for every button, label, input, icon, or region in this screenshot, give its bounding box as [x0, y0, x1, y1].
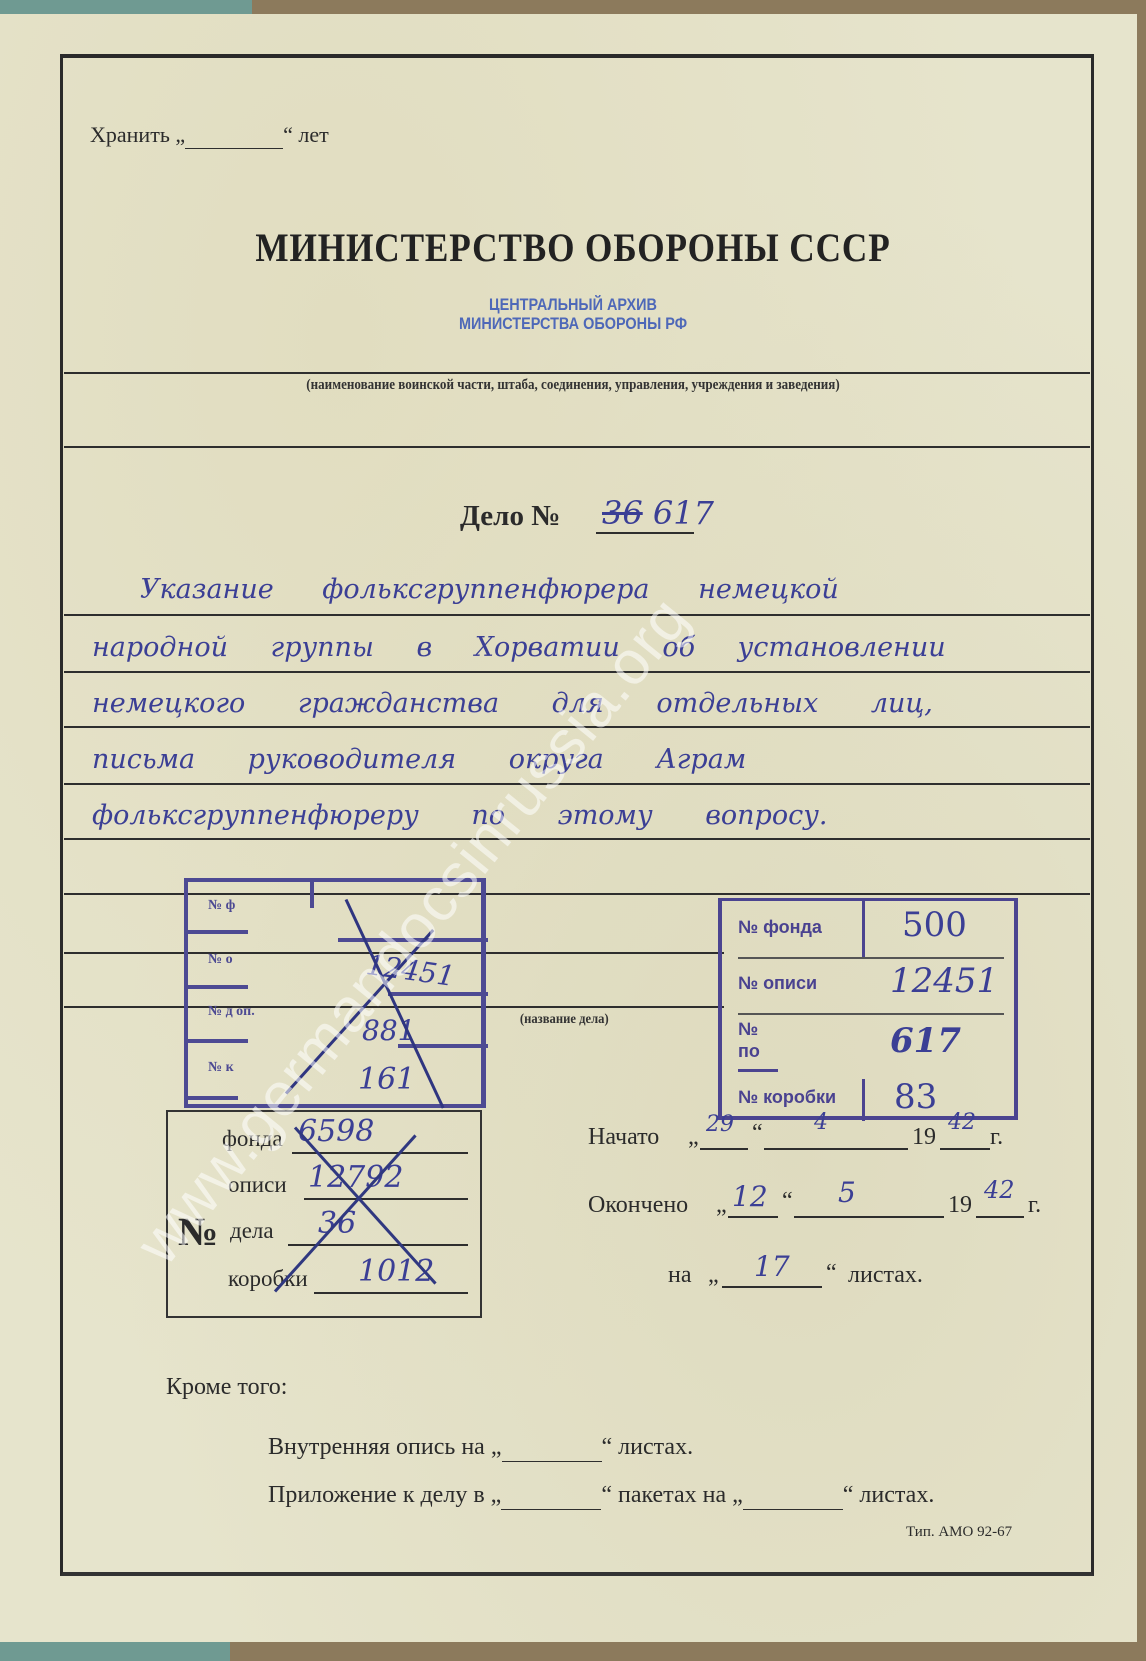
- sheets-suffix: листах.: [848, 1262, 923, 1289]
- ended-day-value: 12: [732, 1180, 768, 1213]
- started-row: Начато: [588, 1124, 659, 1151]
- old-stamp-label: № к: [208, 1060, 234, 1076]
- ended-month-field[interactable]: [794, 1216, 944, 1218]
- quote: “: [782, 1188, 793, 1215]
- year-prefix: 19: [948, 1192, 972, 1219]
- desc-rule-3: [64, 726, 1090, 728]
- unit-caption: (наименование воинской части, штаба, сое…: [57, 377, 1088, 394]
- stamp-divider: [738, 1013, 1004, 1015]
- quote: “: [826, 1260, 837, 1287]
- description-line-3: немецкого гражданства для отдельных лиц,: [92, 688, 933, 719]
- binding-cloth-top: [0, 0, 252, 14]
- keep-label: Хранить: [90, 122, 170, 147]
- stamp-divider: [862, 1079, 865, 1121]
- inner-inventory-label: Внутренняя опись на: [268, 1434, 485, 1460]
- quote: “: [752, 1120, 763, 1147]
- description-line-4: письма руководителя округа Аграм: [92, 744, 746, 775]
- unit-name-line-2: [64, 446, 1090, 448]
- ended-year-field[interactable]: [976, 1216, 1024, 1218]
- binding-cloth-bottom: [0, 1642, 230, 1661]
- inner-inventory-sheets-field[interactable]: [502, 1434, 602, 1462]
- started-year-field[interactable]: [940, 1148, 990, 1150]
- case-number-label: Дело №: [460, 500, 560, 533]
- old-stamp-value: 161: [358, 1062, 415, 1097]
- stamp-value-opis: 12451: [890, 961, 998, 1001]
- keep-years-field: Хранить „ “ лет: [90, 122, 329, 149]
- stamp-divider: [188, 1096, 238, 1100]
- appendix-middle: пакетах на: [618, 1482, 726, 1508]
- inv-label-delo: дела: [230, 1218, 274, 1244]
- number-sign: №: [178, 1208, 218, 1255]
- started-month-value: 4: [814, 1110, 828, 1135]
- description-line-1: Указание фольксгруппенфюрера немецкой: [140, 574, 839, 605]
- stamp-divider: [738, 957, 1004, 959]
- print-code: Тип. АМО 92-67: [906, 1524, 1012, 1541]
- ministry-title: МИНИСТЕРСТВО ОБОРОНЫ СССР: [69, 224, 1077, 271]
- case-number: 617: [653, 494, 714, 532]
- started-year-value: 42: [948, 1110, 976, 1135]
- description-line-2: народной группы в Хорватии об установлен…: [92, 632, 946, 663]
- case-number-value[interactable]: 36 617: [602, 494, 714, 532]
- case-number-struck: 36: [602, 494, 643, 532]
- stamp-value-fond: 500: [902, 905, 967, 945]
- old-stamp-label: № о: [208, 952, 233, 968]
- inv-underline: [304, 1198, 468, 1200]
- inv-label-fond: фонда: [222, 1126, 283, 1152]
- desc-rule-2: [64, 671, 1090, 673]
- previous-inventory-box: фонда 6598 описи 12792 № дела 36 коробки…: [166, 1110, 482, 1318]
- stamp-label-opis: № описи: [738, 973, 817, 994]
- started-label: Начато: [588, 1124, 659, 1150]
- old-stamp-label: № ф: [208, 898, 235, 914]
- ended-month-value: 5: [838, 1176, 856, 1209]
- desc-rule-5: [64, 838, 1090, 840]
- appendix-row: Приложение к делу в „ “ пакетах на „ “ л…: [268, 1482, 934, 1510]
- year-suffix: г.: [990, 1124, 1003, 1151]
- stamp-label-delo: №: [738, 1019, 758, 1040]
- description-line-5: фольксгруппенфюреру по этому вопросу.: [92, 800, 827, 831]
- year-suffix: г.: [1028, 1192, 1041, 1219]
- stamp-value-korobka: 83: [894, 1077, 937, 1117]
- case-title-caption: (название дела): [520, 1012, 609, 1028]
- stamp-divider: [862, 901, 865, 957]
- quote: „: [716, 1192, 727, 1219]
- stamp-label-po-opisi: по: [738, 1041, 760, 1062]
- stamp-divider: [738, 1069, 778, 1072]
- stamp-divider: [310, 882, 314, 908]
- year-prefix: 19: [912, 1124, 936, 1151]
- sheets-prefix: на: [668, 1262, 692, 1289]
- inner-inventory-suffix: листах.: [618, 1434, 693, 1460]
- stamp-label-korobka: № коробки: [738, 1087, 836, 1108]
- appendix-label: Приложение к делу в: [268, 1482, 485, 1508]
- stamp-divider: [188, 985, 248, 989]
- old-archive-stamp: № ф № о № д оп. № к 12451 881 161: [184, 878, 486, 1108]
- inv-label-opis: описи: [228, 1172, 287, 1198]
- ended-label: Окончено: [588, 1192, 688, 1219]
- appendix-sheets-field[interactable]: [743, 1482, 843, 1510]
- ended-day-field[interactable]: [728, 1216, 778, 1218]
- appendix-packets-field[interactable]: [501, 1482, 601, 1510]
- ended-year-value: 42: [984, 1176, 1015, 1204]
- desc-rule-1: [64, 614, 1090, 616]
- sheets-count-field[interactable]: [722, 1286, 822, 1288]
- archive-stamp: ЦЕНТРАЛЬНЫЙ АРХИВ МИНИСТЕРСТВА ОБОРОНЫ Р…: [86, 295, 1060, 333]
- quote: „: [708, 1262, 719, 1289]
- keep-suffix: лет: [298, 122, 328, 147]
- case-number-underline: [596, 532, 694, 534]
- quote: „: [688, 1124, 699, 1151]
- additional-heading: Кроме того:: [166, 1374, 287, 1401]
- inner-inventory-row: Внутренняя опись на „ “ листах.: [268, 1434, 693, 1462]
- started-month-field[interactable]: [764, 1148, 908, 1150]
- old-stamp-label: № д оп.: [208, 1004, 255, 1020]
- unit-name-line: [64, 372, 1090, 374]
- stamp-divider: [188, 930, 248, 934]
- keep-years-blank[interactable]: [185, 122, 283, 149]
- stamp-divider: [388, 992, 488, 996]
- stamp-value-delo: 617: [890, 1021, 961, 1061]
- desc-rule-4: [64, 783, 1090, 785]
- started-day-field[interactable]: [700, 1148, 748, 1150]
- stamp-label-fond: № фонда: [738, 917, 822, 938]
- started-day-value: 29: [706, 1112, 734, 1137]
- sheets-count-value: 17: [754, 1250, 790, 1283]
- stamp-divider: [188, 1039, 248, 1043]
- appendix-suffix: листах.: [859, 1482, 934, 1508]
- stamp-divider: [338, 938, 488, 942]
- inv-underline: [314, 1292, 468, 1294]
- current-archive-stamp: № фонда № описи № по № коробки 500 12451…: [718, 898, 1018, 1120]
